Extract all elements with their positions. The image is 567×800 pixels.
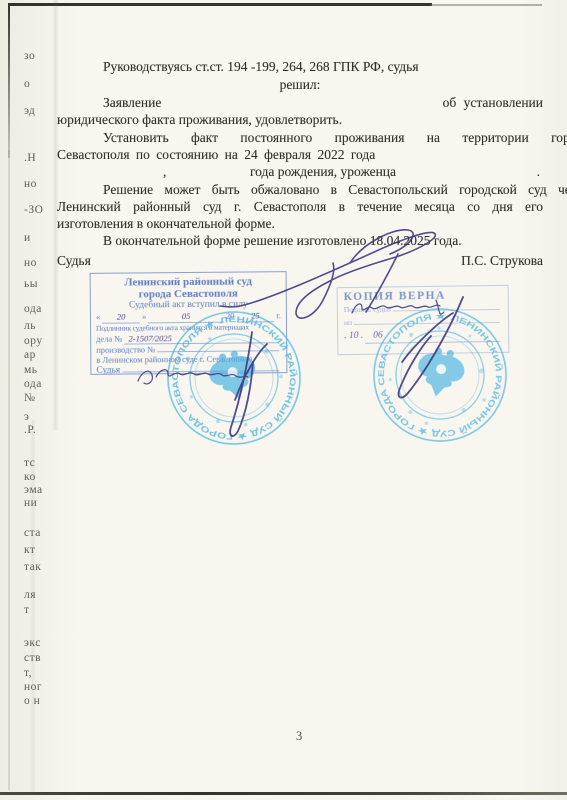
round-court-seal-right: ЛЕНИНСКИЙ РАЙОННЫЙ СУД ★ ГОРОДА СЕВАСТОП… [358, 293, 522, 457]
edge-text-fragment: ни [24, 497, 37, 509]
edge-text-fragment: кт [24, 544, 35, 556]
handwritten-day: 20 [102, 311, 140, 323]
judge-name: П.С. Струкова [461, 252, 543, 269]
scan-edge-top-line [8, 3, 432, 6]
edge-text-fragment: ль [24, 320, 36, 332]
edge-text-fragment: э [24, 411, 29, 423]
line-application-cont: юридического факта проживания, удовлетво… [57, 111, 543, 128]
edge-text-fragment: ода [24, 303, 42, 315]
case-label: дела № [96, 334, 122, 344]
handwritten-copy-date-day: . 10 . [344, 330, 363, 343]
edge-text-fragment: эд [24, 105, 35, 117]
edge-text-fragment: .Р. [24, 424, 36, 436]
line-final-form: В окончательной форме решение изготовлен… [57, 232, 567, 249]
edge-text-fragment: ко [24, 471, 36, 483]
birth-middle: года рождения, уроженца [57, 163, 543, 180]
line-appeal-2: Ленинский районный суд г. Севастополя в … [57, 198, 543, 215]
application-word: Заявление [57, 94, 161, 111]
edge-text-fragment: о н [24, 695, 40, 707]
line-decided: решил: [57, 76, 543, 93]
second-label: ип [344, 315, 352, 330]
edge-text-fragment: -ЗО [24, 204, 43, 216]
edge-text-fragment: зо [24, 50, 35, 62]
edge-text-fragment: тс [24, 457, 35, 469]
edge-fragments: зооэд.Нно-ЗОиноьыодальоруармьода№э.Р.тск… [24, 0, 58, 800]
edge-text-fragment: ног [24, 681, 42, 693]
edge-text-fragment: ля [24, 589, 36, 601]
edge-text-fragment: .Н [24, 152, 36, 164]
line-establish-2: Севастополя по состоянию на 24 февраля 2… [57, 146, 543, 163]
edge-text-fragment: ств [24, 652, 41, 664]
scanned-court-document-page: зооэд.Нно-ЗОиноьыодальоруармьода№э.Р.тск… [0, 0, 567, 800]
scan-edge-left-line [8, 3, 11, 158]
line-appeal-1: Решение может быть обжаловано в Севастоп… [57, 181, 567, 198]
edge-text-fragment: но [24, 257, 37, 269]
edge-text-fragment: ода [24, 378, 42, 390]
line-guided-by: Руководствуясь ст.ст. 194 -199, 264, 268… [57, 58, 567, 75]
proceeding-label: производство № [96, 344, 155, 355]
line-judge-signature: Судья П.С. Струкова [57, 252, 543, 269]
double-headed-eagle-emblem [205, 347, 262, 405]
edge-text-fragment: ьы [24, 278, 38, 290]
line-establish-1: Установить факт постоянного проживания н… [57, 129, 567, 146]
double-headed-eagle-emblem [413, 344, 468, 401]
edge-text-fragment: т, [24, 667, 32, 679]
scan-edge-top-line-faint [430, 4, 542, 6]
line-application: Заявление об установлении [57, 94, 543, 111]
edge-text-fragment: о [24, 78, 30, 90]
scan-edge-left-line-faint [8, 150, 10, 790]
stamp-judge-label: Судья [96, 365, 120, 378]
birth-period: . [537, 163, 540, 180]
quote-open: « [96, 312, 100, 323]
edge-text-fragment: и [24, 232, 31, 244]
page-number: 3 [296, 729, 302, 744]
edge-text-fragment: мь [24, 364, 38, 376]
scan-edge-bottom-line [0, 792, 567, 795]
judge-label: Судья [57, 252, 91, 269]
edge-text-fragment: но [24, 178, 37, 190]
edge-text-fragment: № [24, 392, 35, 404]
edge-text-fragment: ору [24, 335, 43, 347]
line-appeal-3: изготовления в окончательной форме. [57, 215, 543, 232]
quote-close: » [142, 311, 146, 322]
edge-text-fragment: экс [24, 637, 41, 649]
edge-text-fragment: так [24, 561, 41, 573]
edge-text-fragment: ар [24, 349, 36, 361]
edge-text-fragment: т [24, 604, 30, 616]
edge-text-fragment: ста [24, 527, 41, 539]
edge-text-fragment: эма [24, 484, 43, 496]
about-establishing: об установлении [443, 94, 543, 111]
